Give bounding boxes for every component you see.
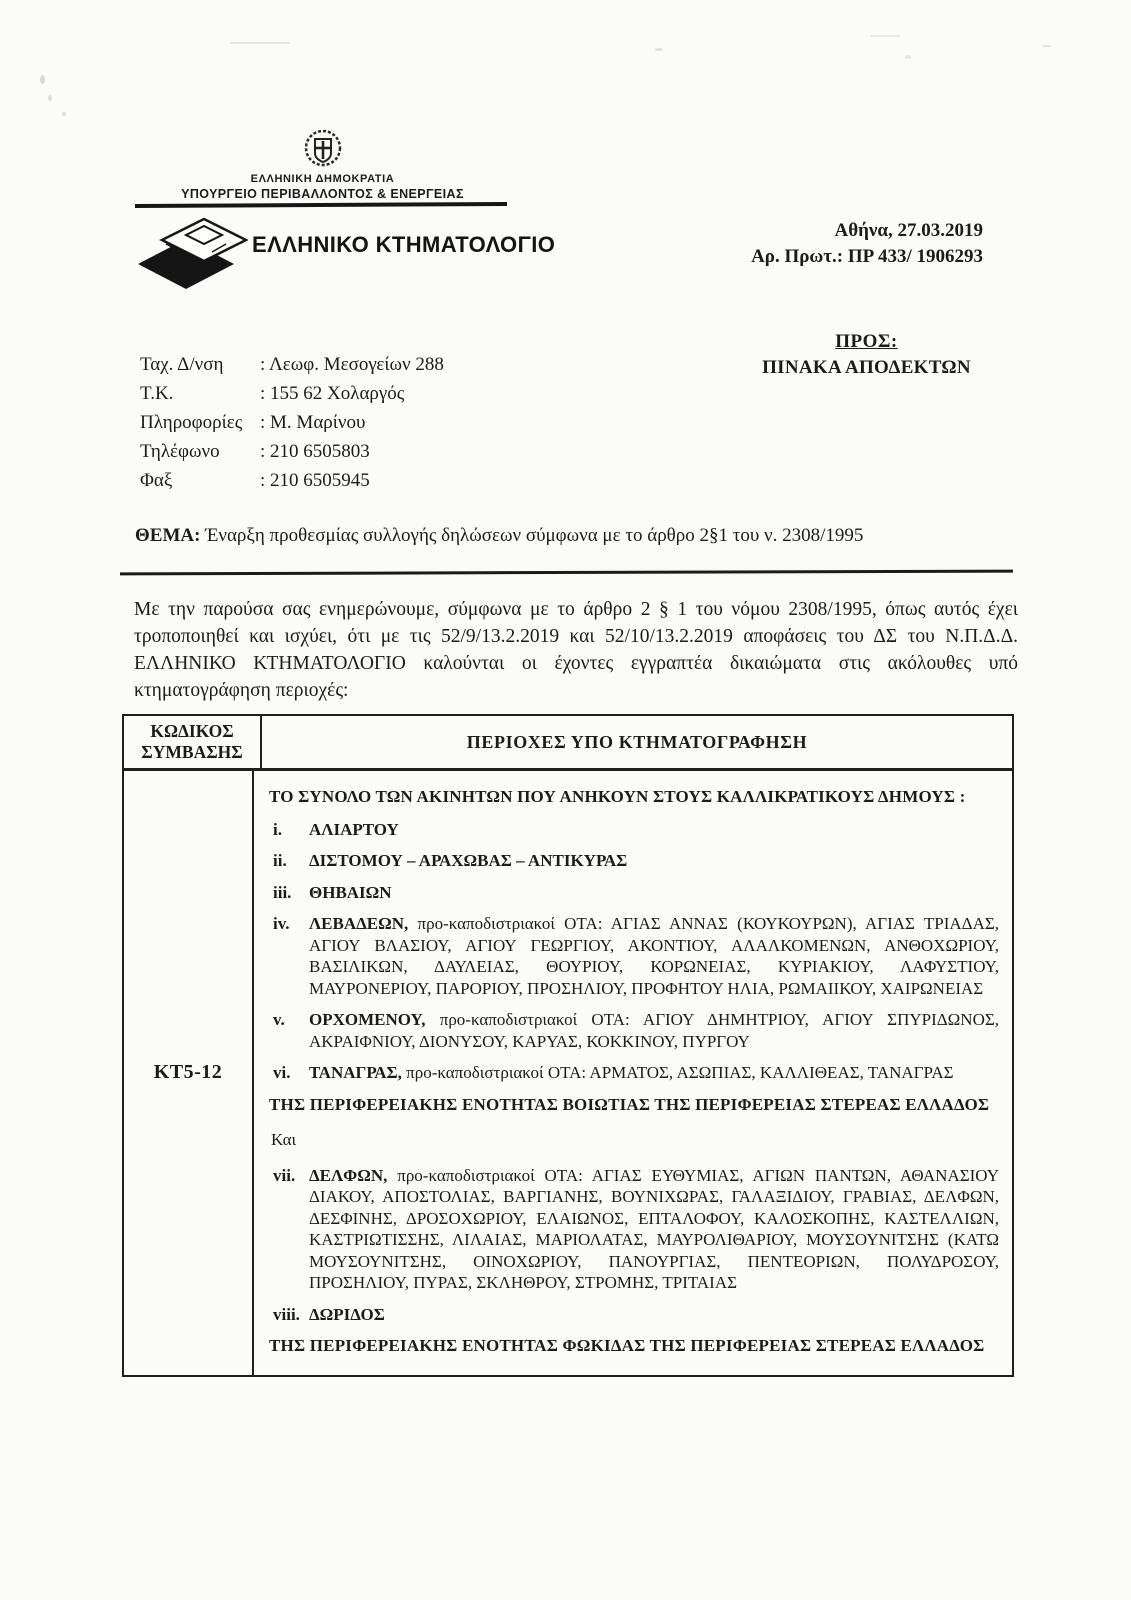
scan-noise [870, 35, 900, 37]
item-numeral: i. [269, 819, 309, 841]
contact-row-fax: Φαξ : 210 6505945 [140, 466, 444, 495]
scan-noise [655, 48, 663, 51]
municipality-detail: προ-καποδιστριακοί ΟΤΑ: ΑΓΙΑΣ ΑΝΝΑΣ (ΚΟΥ… [309, 914, 999, 998]
municipality-name: ΟΡΧΟΜΕΝΟΥ, [309, 1010, 426, 1029]
item-numeral: vi. [269, 1062, 309, 1084]
cadastre-logo-title: ΕΛΛΗΝΙΚΟ ΚΤΗΜΑΤΟΛΟΓΙΟ [252, 232, 555, 258]
municipality-name: ΑΛΙΑΡΤΟΥ [309, 820, 399, 839]
municipality-name: ΛΕΒΑΔΕΩΝ, [309, 914, 408, 933]
contact-row-postcode: Τ.Κ. : 155 62 Χολαργός [140, 379, 444, 408]
contact-block: Ταχ. Δ/νση : Λεωφ. Μεσογείων 288 Τ.Κ. : … [140, 350, 444, 495]
contact-value: : 155 62 Χολαργός [260, 379, 404, 408]
item-text: ΑΛΙΑΡΤΟΥ [309, 819, 999, 841]
item-text: ΔΕΛΦΩΝ, προ-καποδιστριακοί ΟΤΑ: ΑΓΙΑΣ ΕΥ… [309, 1165, 999, 1294]
municipality-item-iv: iv. ΛΕΒΑΔΕΩΝ, προ-καποδιστριακοί ΟΤΑ: ΑΓ… [269, 913, 999, 999]
contact-label: Φαξ [140, 466, 260, 495]
scan-noise [230, 42, 290, 44]
government-header: ΕΛΛΗΝΙΚΗ ΔΗΜΟΚΡΑΤΙΑ ΥΠΟΥΡΓΕΙΟ ΠΕΡΙΒΑΛΛΟΝ… [135, 128, 510, 201]
municipality-name: ΔΕΛΦΩΝ, [309, 1166, 387, 1185]
item-text: ΛΕΒΑΔΕΩΝ, προ-καποδιστριακοί ΟΤΑ: ΑΓΙΑΣ … [309, 913, 999, 999]
republic-title: ΕΛΛΗΝΙΚΗ ΔΗΜΟΚΡΑΤΙΑ [135, 173, 510, 185]
municipality-name: ΔΩΡΙΔΟΣ [309, 1305, 385, 1324]
areas-intro: ΤΟ ΣΥΝΟΛΟ ΤΩΝ ΑΚΙΝΗΤΩΝ ΠΟΥ ΑΝΗΚΟΥΝ ΣΤΟΥΣ… [269, 786, 999, 808]
item-numeral: iii. [269, 882, 309, 904]
municipality-item-viii: viii. ΔΩΡΙΔΟΣ [269, 1304, 999, 1326]
subject-divider [120, 570, 1013, 576]
contact-label: Ταχ. Δ/νση [140, 350, 260, 379]
scan-noise [905, 55, 911, 59]
item-numeral: vii. [269, 1165, 309, 1294]
scan-noise [1042, 45, 1052, 47]
ministry-title: ΥΠΟΥΡΓΕΙΟ ΠΕΡΙΒΑΛΛΟΝΤΟΣ & ΕΝΕΡΓΕΙΑΣ [135, 187, 510, 201]
municipality-item-vii: vii. ΔΕΛΦΩΝ, προ-καποδιστριακοί ΟΤΑ: ΑΓΙ… [269, 1165, 999, 1294]
municipality-item-v: v. ΟΡΧΟΜΕΝΟΥ, προ-καποδιστριακοί ΟΤΑ: ΑΓ… [269, 1009, 999, 1052]
scanned-document-page: { "colors": { "ink": "#1b1b1b", "paper":… [0, 0, 1131, 1600]
table-header-row: ΚΩΔΙΚΟΣ ΣΥΜΒΑΣΗΣ ΠΕΡΙΟΧΕΣ ΥΠΟ ΚΤΗΜΑΤΟΓΡΑ… [124, 716, 1012, 771]
contact-value: : 210 6505945 [260, 466, 370, 495]
table-header-areas: ΠΕΡΙΟΧΕΣ ΥΠΟ ΚΤΗΜΑΤΟΓΡΑΦΗΣΗ [262, 716, 1012, 768]
contact-row-address: Ταχ. Δ/νση : Λεωφ. Μεσογείων 288 [140, 350, 444, 379]
item-text: ΘΗΒΑΙΩΝ [309, 882, 999, 904]
scan-noise [62, 112, 66, 116]
recipient-value: ΠΙΝΑΚΑ ΑΠΟΔΕΚΤΩΝ [748, 356, 985, 380]
contact-value: : Λεωφ. Μεσογείων 288 [260, 350, 444, 379]
region-fokida: ΤΗΣ ΠΕΡΙΦΕΡΕΙΑΚΗΣ ΕΝΟΤΗΤΑΣ ΦΩΚΙΔΑΣ ΤΗΣ Π… [269, 1335, 999, 1357]
municipality-item-iii: iii. ΘΗΒΑΙΩΝ [269, 882, 999, 904]
scan-noise [40, 75, 45, 84]
body-paragraph: Με την παρούσα σας ενημερώνουμε, σύμφωνα… [134, 596, 1018, 704]
recipient-block: ΠΡΟΣ: ΠΙΝΑΚΑ ΑΠΟΔΕΚΤΩΝ [748, 330, 985, 380]
contact-value: : 210 6505803 [260, 437, 370, 466]
recipient-label: ΠΡΟΣ: [748, 330, 985, 354]
protocol-number: Αρ. Πρωτ.: ΠΡ 433/ 1906293 [700, 244, 983, 270]
cadastre-logo-icon [136, 204, 248, 292]
municipality-item-i: i. ΑΛΙΑΡΤΟΥ [269, 819, 999, 841]
subject-label: ΘΕΜΑ: [135, 525, 200, 546]
municipality-name: ΘΗΒΑΙΩΝ [309, 883, 392, 902]
municipality-item-vi: vi. ΤΑΝΑΓΡΑΣ, προ-καποδιστριακοί ΟΤΑ: ΑΡ… [269, 1062, 999, 1084]
item-text: ΔΩΡΙΔΟΣ [309, 1304, 999, 1326]
region-viotia: ΤΗΣ ΠΕΡΙΦΕΡΕΙΑΚΗΣ ΕΝΟΤΗΤΑΣ ΒΟΙΩΤΙΑΣ ΤΗΣ … [269, 1094, 999, 1116]
subject-line: ΘΕΜΑ: Έναρξη προθεσμίας συλλογής δηλώσεω… [135, 523, 1019, 549]
areas-cell: ΤΟ ΣΥΝΟΛΟ ΤΩΝ ΑΚΙΝΗΤΩΝ ΠΟΥ ΑΝΗΚΟΥΝ ΣΤΟΥΣ… [254, 771, 1012, 1375]
municipality-detail: προ-καποδιστριακοί ΟΤΑ: ΑΓΙΑΣ ΕΥΘΥΜΙΑΣ, … [309, 1166, 999, 1293]
municipality-item-ii: ii. ΔΙΣΤΟΜΟΥ – ΑΡΑΧΩΒΑΣ – ΑΝΤΙΚΥΡΑΣ [269, 850, 999, 872]
contact-value: : Μ. Μαρίνου [260, 408, 365, 437]
item-numeral: viii. [269, 1304, 309, 1326]
contact-row-telephone: Τηλέφωνο : 210 6505803 [140, 437, 444, 466]
hellenic-republic-emblem-icon [303, 128, 343, 170]
city-date: Αθήνα, 27.03.2019 [700, 218, 983, 244]
contact-label: Τ.Κ. [140, 379, 260, 408]
item-numeral: v. [269, 1009, 309, 1052]
contact-label: Πληροφορίες [140, 408, 260, 437]
item-numeral: ii. [269, 850, 309, 872]
item-text: ΟΡΧΟΜΕΝΟΥ, προ-καποδιστριακοί ΟΤΑ: ΑΓΙΟΥ… [309, 1009, 999, 1052]
item-numeral: iv. [269, 913, 309, 999]
scan-noise [48, 95, 52, 101]
municipality-detail: προ-καποδιστριακοί ΟΤΑ: ΑΡΜΑΤΟΣ, ΑΣΩΠΙΑΣ… [402, 1063, 954, 1082]
contact-row-information: Πληροφορίες : Μ. Μαρίνου [140, 408, 444, 437]
document-meta: Αθήνα, 27.03.2019 Αρ. Πρωτ.: ΠΡ 433/ 190… [700, 218, 983, 270]
item-text: ΤΑΝΑΓΡΑΣ, προ-καποδιστριακοί ΟΤΑ: ΑΡΜΑΤΟ… [309, 1062, 999, 1084]
table-body-row: ΚΤ5-12 ΤΟ ΣΥΝΟΛΟ ΤΩΝ ΑΚΙΝΗΤΩΝ ΠΟΥ ΑΝΗΚΟΥ… [124, 771, 1012, 1375]
connector-text: Και [271, 1129, 999, 1151]
cadastral-areas-table: ΚΩΔΙΚΟΣ ΣΥΜΒΑΣΗΣ ΠΕΡΙΟΧΕΣ ΥΠΟ ΚΤΗΜΑΤΟΓΡΑ… [122, 714, 1014, 1377]
subject-text: Έναρξη προθεσμίας συλλογής δηλώσεων σύμφ… [200, 525, 863, 546]
table-header-contract-code: ΚΩΔΙΚΟΣ ΣΥΜΒΑΣΗΣ [124, 716, 262, 768]
municipality-name: ΤΑΝΑΓΡΑΣ, [309, 1063, 402, 1082]
contact-label: Τηλέφωνο [140, 437, 260, 466]
item-text: ΔΙΣΤΟΜΟΥ – ΑΡΑΧΩΒΑΣ – ΑΝΤΙΚΥΡΑΣ [309, 850, 999, 872]
contract-code-cell: ΚΤ5-12 [124, 771, 254, 1375]
municipality-name: ΔΙΣΤΟΜΟΥ – ΑΡΑΧΩΒΑΣ – ΑΝΤΙΚΥΡΑΣ [309, 851, 627, 870]
